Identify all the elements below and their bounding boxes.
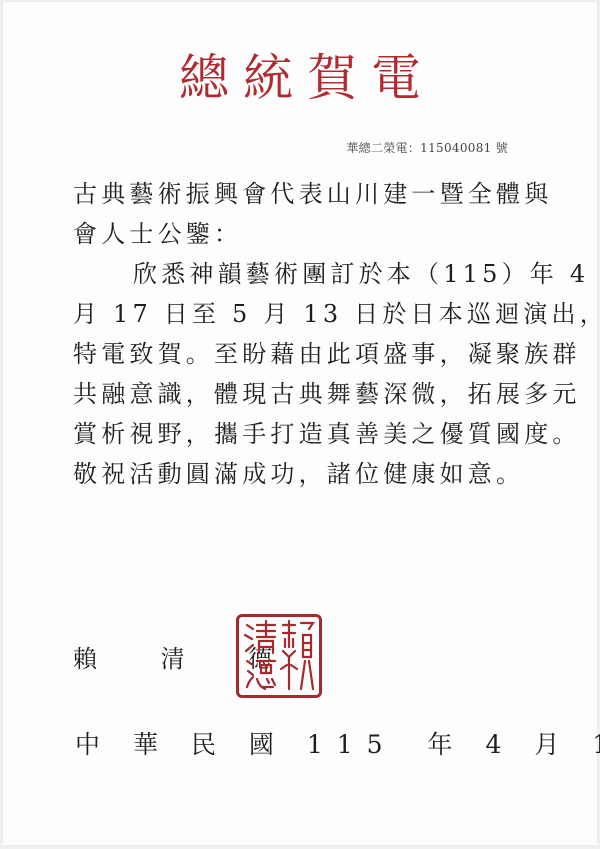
date-char: 月 xyxy=(534,728,561,762)
document-title: 總統賀電 xyxy=(0,48,600,108)
date-day-value: 17 xyxy=(592,728,600,762)
date-year: 115 xyxy=(307,728,397,762)
date-char: 國 xyxy=(249,728,276,762)
date-char: 華 xyxy=(133,728,160,762)
date-line: 中 華 民 國 115 年 4 月 17 日 xyxy=(75,728,600,762)
body-line: 賞析視野，攜手打造真善美之優質國度。 xyxy=(73,414,543,454)
body-line: 特電致賀。至盼藉由此項盛事，凝聚族群 xyxy=(73,334,543,374)
date-char: 中 xyxy=(75,728,102,762)
body-line: 共融意識，體現古典舞藝深微，拓展多元 xyxy=(73,374,543,414)
salutation-line: 古典藝術振興會代表山川建一暨全體與 xyxy=(73,174,543,214)
date-char: 民 xyxy=(191,728,218,762)
official-seal-icon xyxy=(236,614,322,698)
seal-glyph-icon xyxy=(239,617,319,695)
body-line: 月 17 日至 5 月 13 日於日本巡迴演出， xyxy=(73,294,543,334)
date-month-value: 4 xyxy=(486,728,504,762)
salutation-line: 會人士公鑒： xyxy=(73,214,543,254)
letter-body: 古典藝術振興會代表山川建一暨全體與 會人士公鑒： 欣悉神韻藝術團訂於本（115）… xyxy=(73,174,543,494)
body-line: 敬祝活動圓滿成功，諸位健康如意。 xyxy=(73,454,543,494)
date-char: 年 xyxy=(428,728,455,762)
reference-number: 華總二榮電：115040081 號 xyxy=(346,140,508,156)
body-line: 欣悉神韻藝術團訂於本（115）年 4 xyxy=(73,254,543,294)
